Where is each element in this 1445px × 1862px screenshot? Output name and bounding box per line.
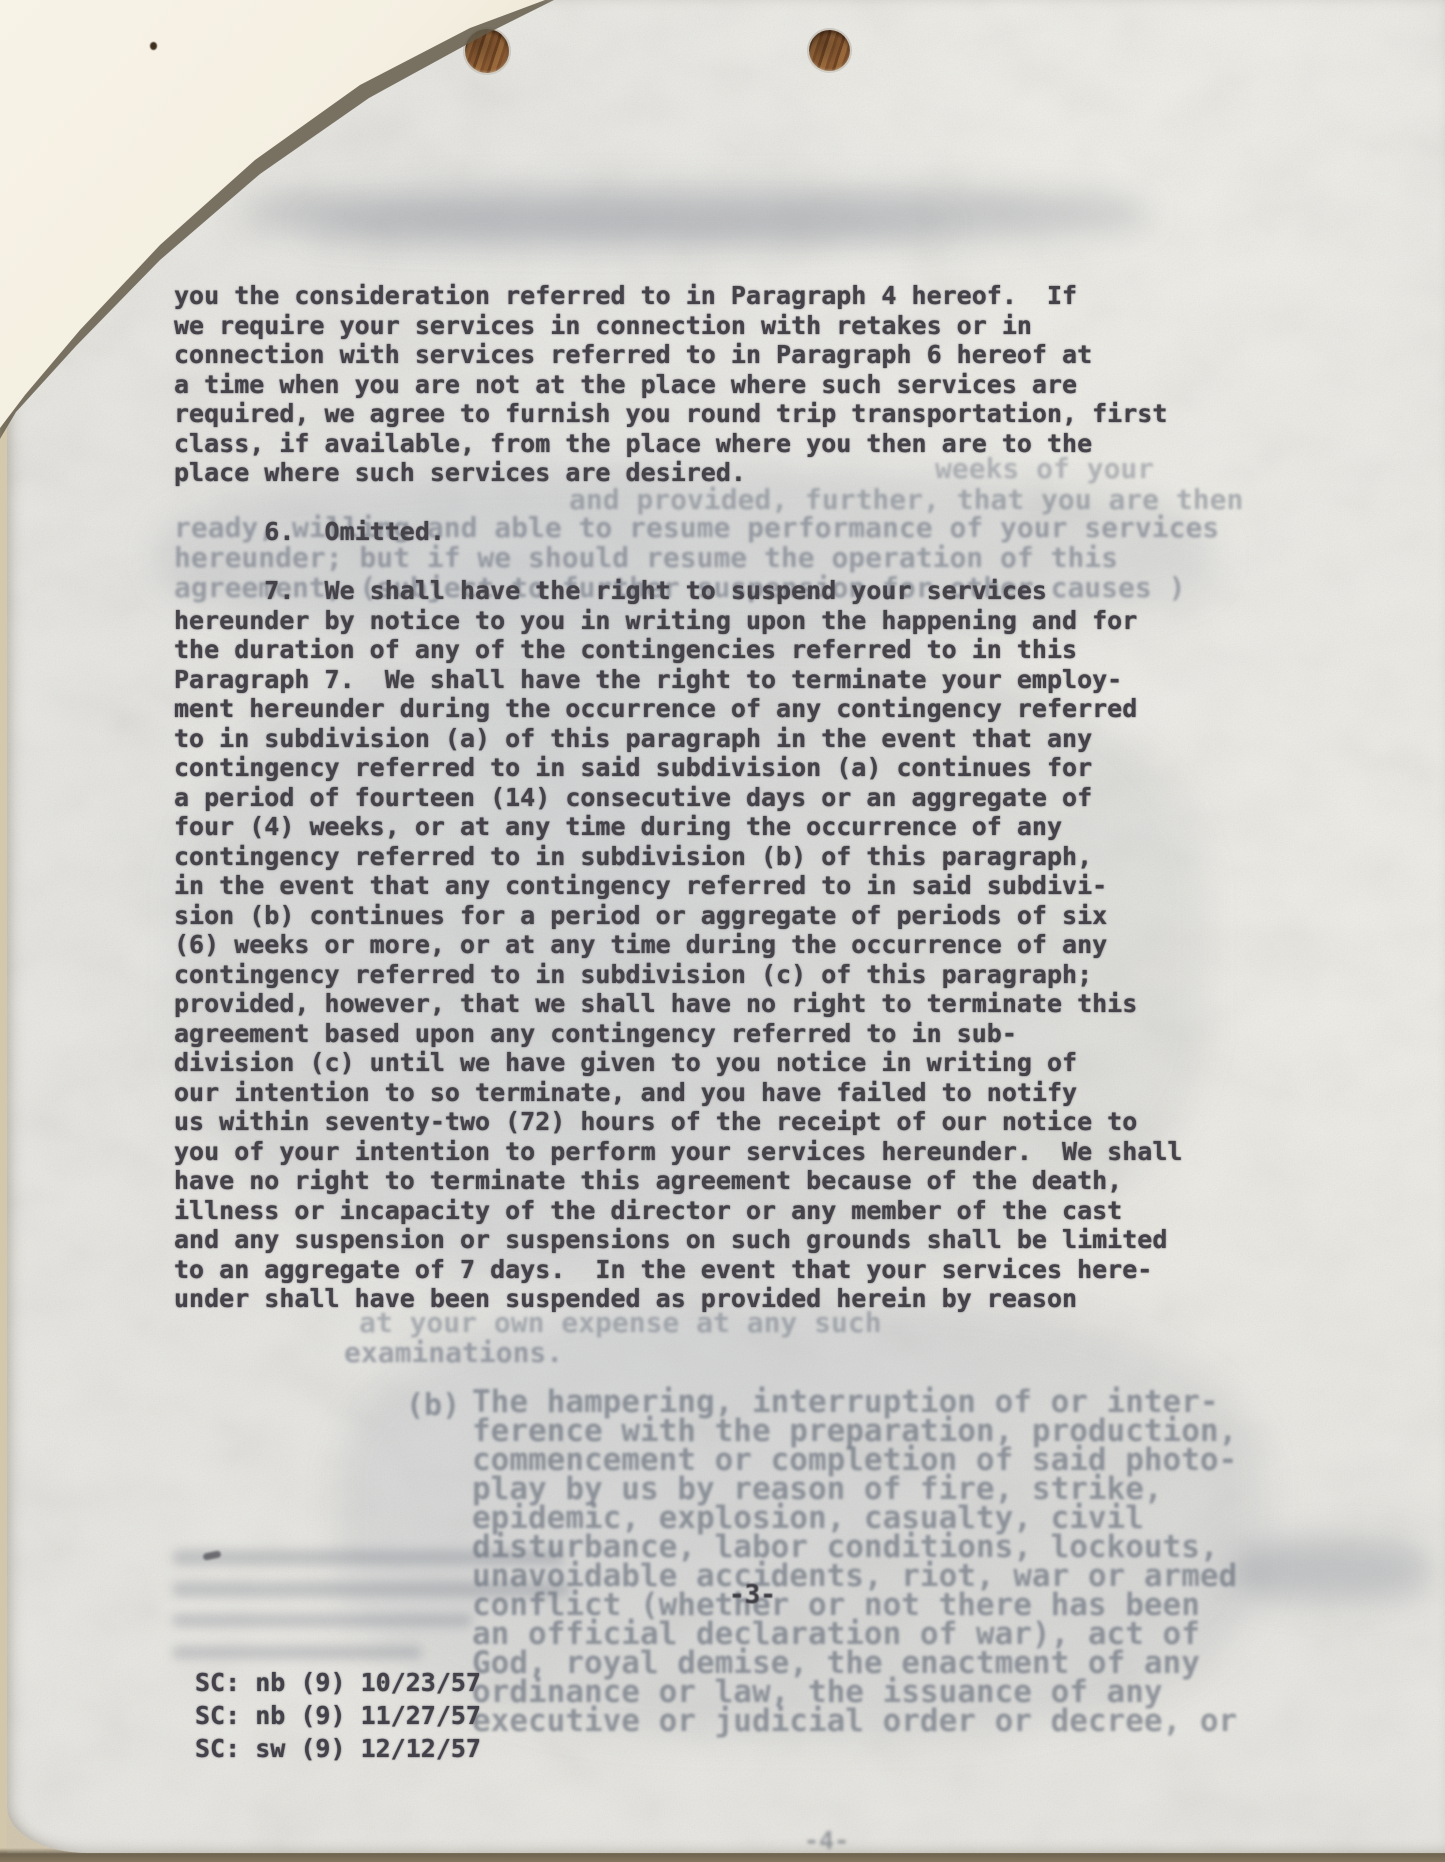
page-number-3: -3- [729,1580,776,1610]
ghost-subdivision-b-text: The hampering, interruption of or inter-… [472,1388,1237,1736]
ghost-smudge [247,188,1147,240]
ghost-fragment-examinations: examinations. [344,1336,563,1369]
typed-body-text: you the consideration referred to in Par… [174,281,1182,1314]
ghost-smudge [172,1646,422,1659]
speck [150,42,157,50]
ghost-page-number-4: -4- [804,1826,849,1855]
punch-hole-right [809,30,850,71]
ink-mark [202,1550,221,1561]
ghost-smudge [172,1614,472,1627]
paper-sheet: weeks of your and provided, further, tha… [7,0,1445,1853]
document-photo: weeks of your and provided, further, tha… [0,0,1445,1862]
ghost-smudge [307,214,947,240]
revision-marks: SC: nb (9) 10/23/57 SC: nb (9) 11/27/57 … [195,1666,481,1765]
ghost-subdivision-b-label: (b) [406,1388,460,1423]
ghost-smudge [1232,1538,1432,1602]
